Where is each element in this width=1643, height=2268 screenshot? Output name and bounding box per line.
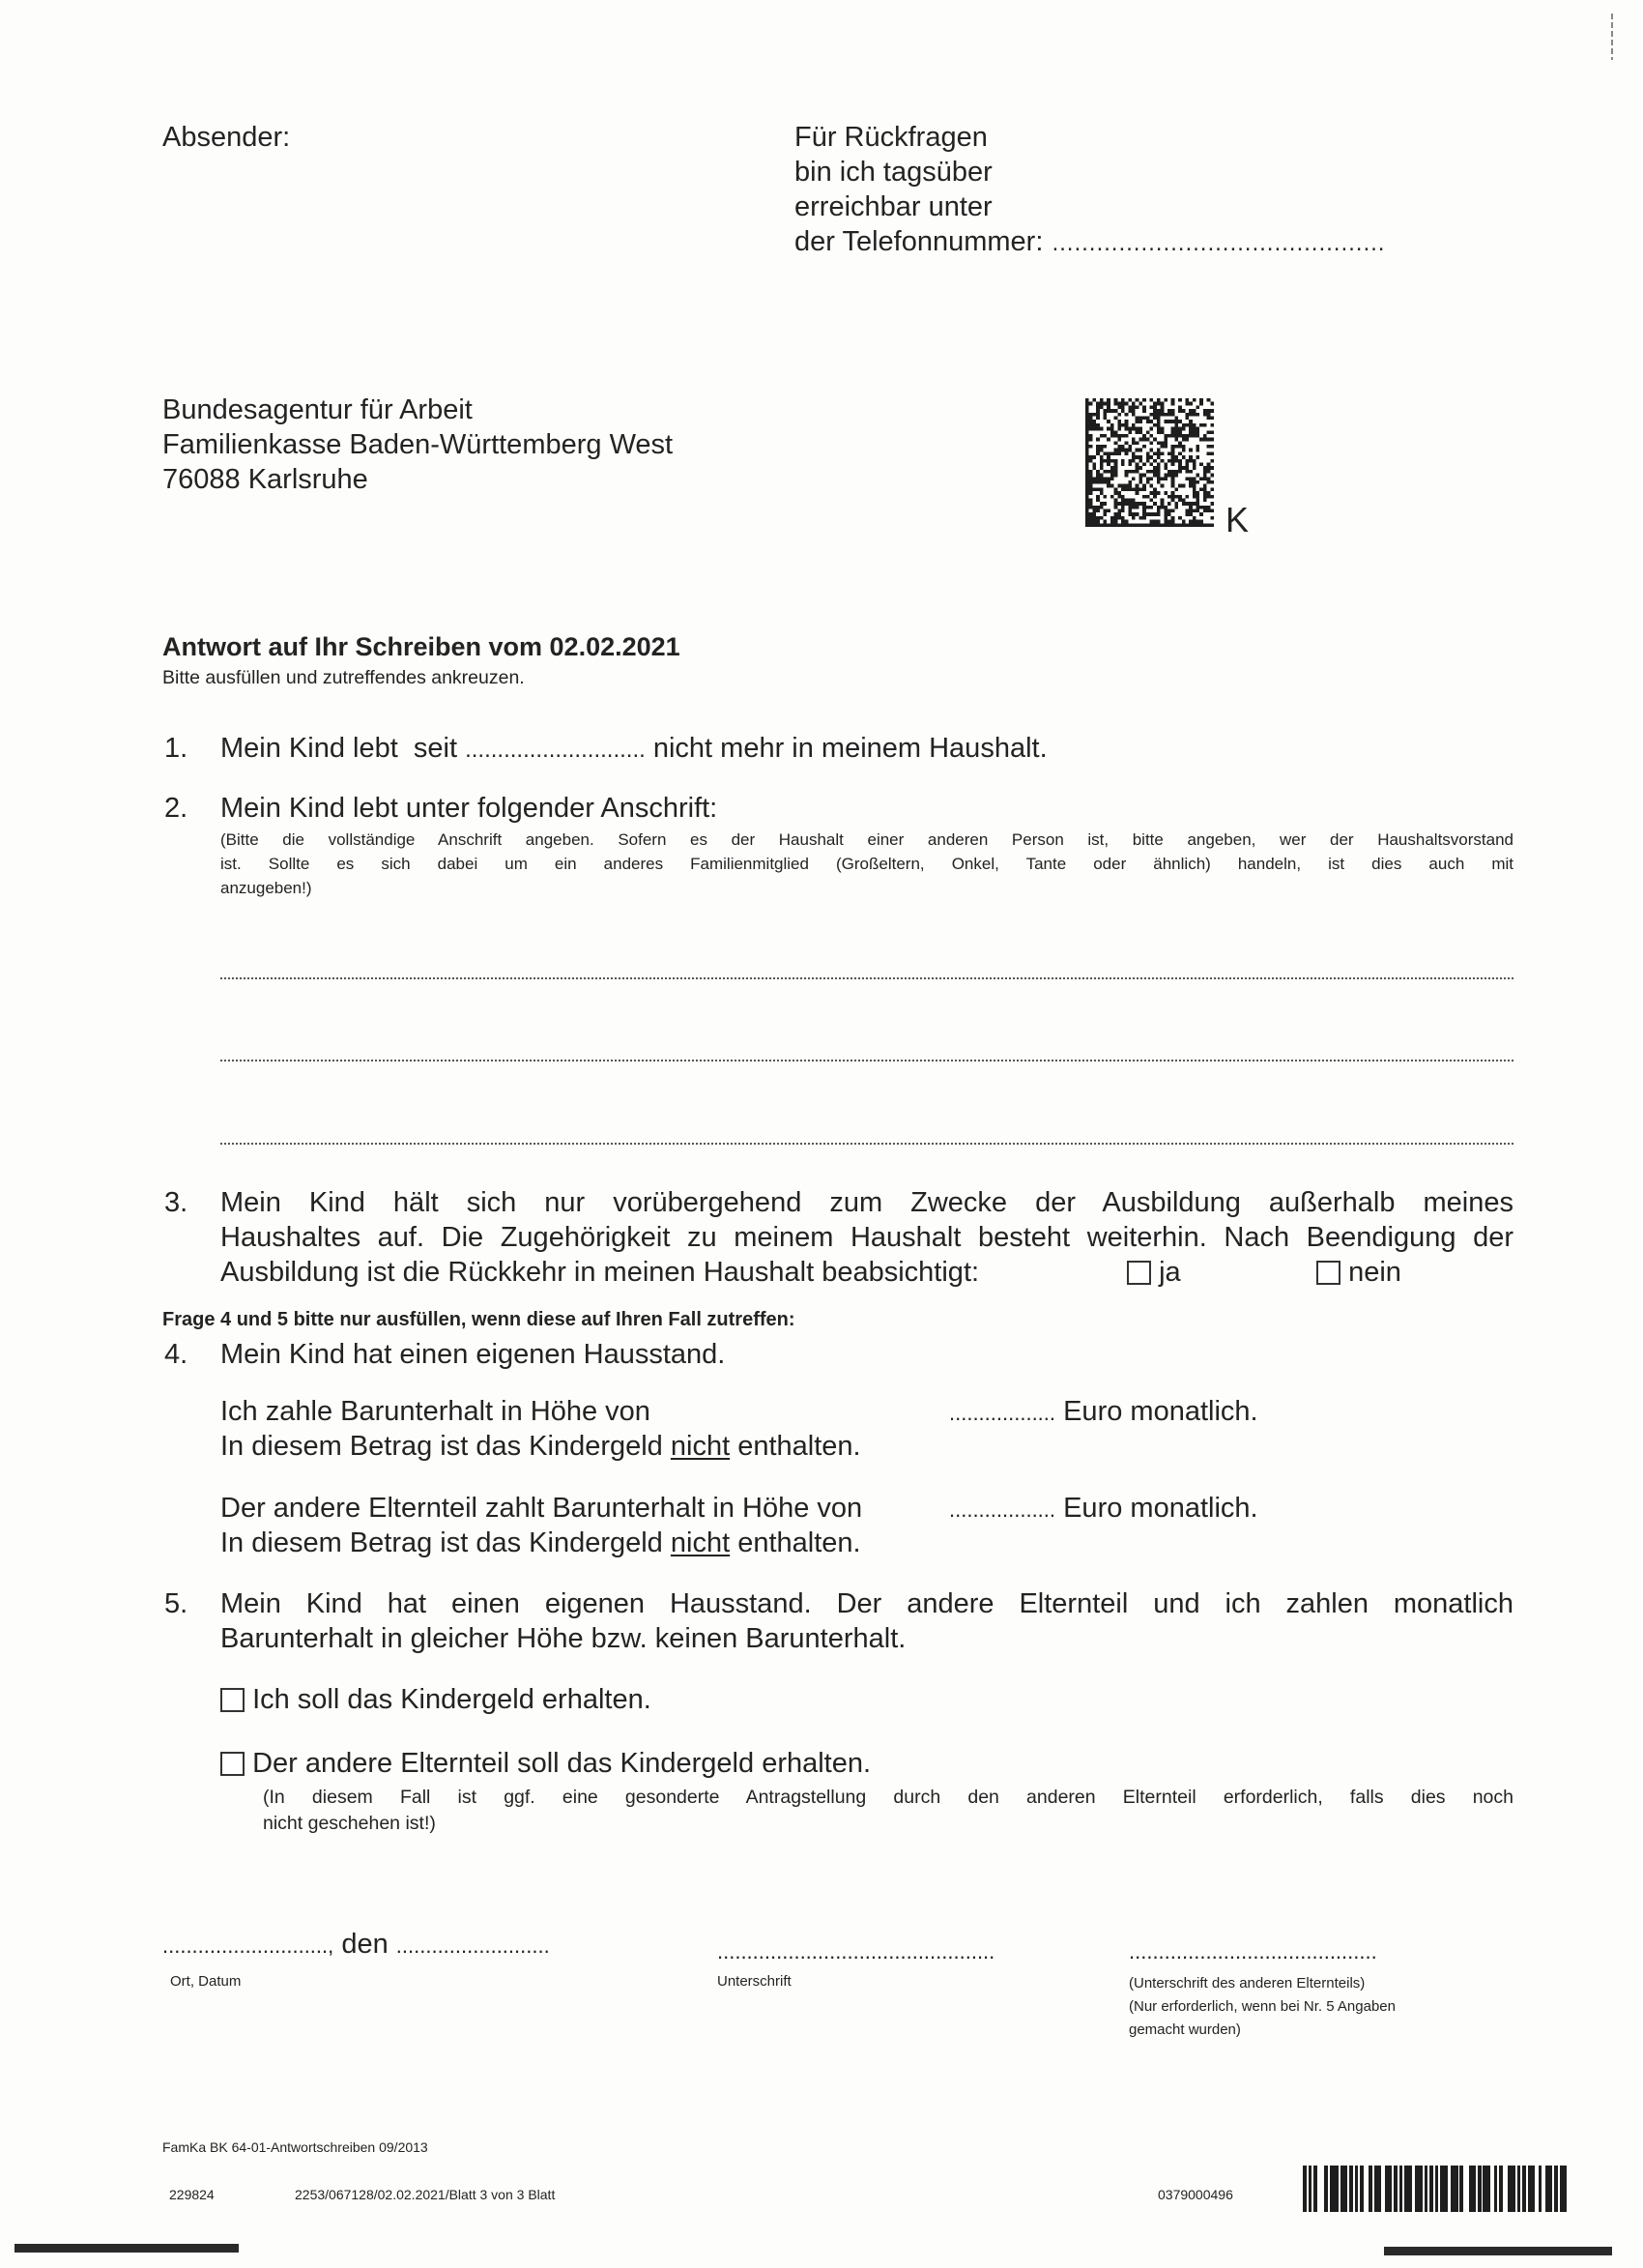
address-line-1[interactable] <box>220 977 1513 979</box>
page-title: Antwort auf Ihr Schreiben vom 02.02.2021 <box>162 630 680 663</box>
contact-line: erreichbar unter <box>794 189 1384 224</box>
den-label: den <box>341 1929 388 1960</box>
question-text: Ausbildung ist die Rückkehr in meinen Ha… <box>220 1257 979 1288</box>
question-5: Mein Kind hat einen eigenen Hausstand. D… <box>220 1586 1513 1656</box>
recipient-line: Bundesagentur für Arbeit <box>162 393 673 427</box>
recipient-address: Bundesagentur für Arbeit Familienkasse B… <box>162 393 673 497</box>
checkbox-nein[interactable] <box>1316 1261 1340 1285</box>
note-line: (Bitte die vollständige Anschrift angebe… <box>220 828 1513 852</box>
question-2-note: (Bitte die vollständige Anschrift angebe… <box>220 828 1513 900</box>
signature-label: Unterschrift <box>717 1972 792 1992</box>
phone-field[interactable]: ……………………………………… <box>1051 230 1384 256</box>
questions-4-5-note: Frage 4 und 5 bitte nur ausfüllen, wenn … <box>162 1307 795 1332</box>
question-3-last-line: Ausbildung ist die Rückkehr in meinen Ha… <box>220 1255 1513 1290</box>
question-3-number: 3. <box>164 1185 187 1220</box>
recipient-line: 76088 Karlsruhe <box>162 462 673 497</box>
question-2: 2.Mein Kind lebt unter folgender Anschri… <box>164 791 717 826</box>
checkbox-other-receives[interactable] <box>220 1752 245 1776</box>
since-date-field[interactable]: ............................ <box>465 737 646 763</box>
scan-bar-left <box>14 2244 239 2253</box>
question-number: 4. <box>164 1337 220 1372</box>
question-1: 1.Mein Kind lebt seit ..................… <box>164 731 1048 768</box>
amount-unit: Euro monatlich. <box>1063 1396 1258 1427</box>
sender-label: Absender: <box>162 120 290 155</box>
question-number: 2. <box>164 791 220 826</box>
amount-self-field[interactable]: .................. <box>949 1401 1055 1425</box>
note-text: In diesem Betrag ist das Kindergeld <box>220 1527 663 1558</box>
note-emphasis: nicht <box>671 1431 730 1462</box>
amount-row-self: .................. Euro monatlich. <box>949 1394 1258 1431</box>
option-label: Ich soll das Kindergeld erhalten. <box>252 1684 651 1715</box>
phone-row: der Telefonnummer: ……………………………………… <box>794 224 1384 261</box>
question-3: Mein Kind hält sich nur vorübergehend zu… <box>220 1185 1513 1290</box>
row-note: In diesem Betrag ist das Kindergeld nich… <box>220 1429 861 1464</box>
contact-line: bin ich tagsüber <box>794 155 1384 189</box>
label-line: (Nur erforderlich, wenn bei Nr. 5 Angabe… <box>1129 1995 1396 2019</box>
scan-bar-right <box>1384 2247 1612 2255</box>
note-line: nicht geschehen ist!) <box>263 1811 1513 1837</box>
amount-unit: Euro monatlich. <box>1063 1493 1258 1524</box>
question-text: Mein Kind hat einen eigenen Hausstand. <box>220 1339 725 1370</box>
option-label: Der andere Elternteil soll das Kindergel… <box>252 1748 871 1779</box>
date-field[interactable]: .......................... <box>396 1934 550 1958</box>
note-text: enthalten. <box>737 1431 860 1462</box>
option-other-receives[interactable]: Der andere Elternteil soll das Kindergel… <box>220 1746 871 1781</box>
question-5-number: 5. <box>164 1586 187 1621</box>
scan-edge-mark <box>1611 14 1613 60</box>
question-4: 4.Mein Kind hat einen eigenen Hausstand. <box>164 1337 725 1372</box>
row-label: Ich zahle Barunterhalt in Höhe von <box>220 1394 861 1429</box>
place-date-label: Ort, Datum <box>170 1972 241 1992</box>
label-line: gemacht wurden) <box>1129 2019 1396 2042</box>
address-line-3[interactable] <box>220 1143 1513 1145</box>
note-emphasis: nicht <box>671 1527 730 1558</box>
note-line: ist. Sollte es sich dabei um ein anderes… <box>220 852 1513 876</box>
option-nein[interactable]: nein <box>1316 1255 1401 1290</box>
contact-block: Für Rückfragen bin ich tagsüber erreichb… <box>794 120 1384 261</box>
label-line: (Unterschrift des anderen Elternteils) <box>1129 1972 1396 1995</box>
address-line-2[interactable] <box>220 1060 1513 1061</box>
amount-other-field[interactable]: .................. <box>949 1497 1055 1522</box>
datamatrix-code-icon <box>1084 398 1215 527</box>
note-line: anzugeben!) <box>220 876 1513 900</box>
question-text: Mein Kind hält sich nur vorübergehend zu… <box>220 1185 1513 1220</box>
recipient-line: Familienkasse Baden-Württemberg West <box>162 427 673 462</box>
barcode-icon <box>1303 2166 1568 2212</box>
option-self-receives[interactable]: Ich soll das Kindergeld erhalten. <box>220 1682 651 1717</box>
place-field[interactable]: ............................, <box>162 1934 333 1958</box>
question-text: nicht mehr in meinem Haushalt. <box>653 733 1048 764</box>
footer-code-right: 0379000496 <box>1158 2187 1233 2202</box>
other-signature-label: (Unterschrift des anderen Elternteils) (… <box>1129 1972 1396 2042</box>
question-text: Barunterhalt in gleicher Höhe bzw. keine… <box>220 1621 1513 1656</box>
checkbox-self-receives[interactable] <box>220 1688 245 1712</box>
question-text: Mein Kind lebt seit <box>220 733 457 764</box>
phone-label: der Telefonnummer: <box>794 226 1043 257</box>
question-number: 1. <box>164 731 220 766</box>
question-text: Haushaltes auf. Die Zugehörigkeit zu mei… <box>220 1220 1513 1255</box>
option-ja[interactable]: ja <box>1127 1255 1181 1290</box>
note-text: enthalten. <box>737 1527 860 1558</box>
row-note: In diesem Betrag ist das Kindergeld nich… <box>220 1526 862 1560</box>
note-line: (In diesem Fall ist ggf. eine gesonderte… <box>263 1785 1513 1811</box>
maintenance-row-other: Der andere Elternteil zahlt Barunterhalt… <box>220 1491 862 1560</box>
place-date-row: ............................, den ......… <box>162 1928 550 1963</box>
footer-code-left: 229824 <box>169 2187 215 2202</box>
maintenance-row-self: Ich zahle Barunterhalt in Höhe von In di… <box>220 1394 861 1464</box>
option-label: ja <box>1159 1257 1181 1288</box>
contact-line: Für Rückfragen <box>794 120 1384 155</box>
form-id: FamKa BK 64-01-Antwortschreiben 09/2013 <box>162 2139 428 2155</box>
signature-field[interactable]: ........................................… <box>717 1928 994 1968</box>
row-label: Der andere Elternteil zahlt Barunterhalt… <box>220 1491 862 1526</box>
question-text: Mein Kind hat einen eigenen Hausstand. D… <box>220 1586 1513 1621</box>
page-subtitle: Bitte ausfüllen und zutreffendes ankreuz… <box>162 665 525 691</box>
option-other-note: (In diesem Fall ist ggf. eine gesonderte… <box>263 1785 1513 1837</box>
checkbox-ja[interactable] <box>1127 1261 1151 1285</box>
option-label: nein <box>1348 1257 1401 1288</box>
datamatrix-suffix: K <box>1225 501 1249 539</box>
footer-reference: 2253/067128/02.02.2021/Blatt 3 von 3 Bla… <box>295 2187 555 2202</box>
question-text: Mein Kind lebt unter folgender Anschrift… <box>220 793 717 824</box>
amount-row-other: .................. Euro monatlich. <box>949 1491 1258 1527</box>
other-signature-field[interactable]: ........................................… <box>1129 1928 1377 1968</box>
note-text: In diesem Betrag ist das Kindergeld <box>220 1431 663 1462</box>
